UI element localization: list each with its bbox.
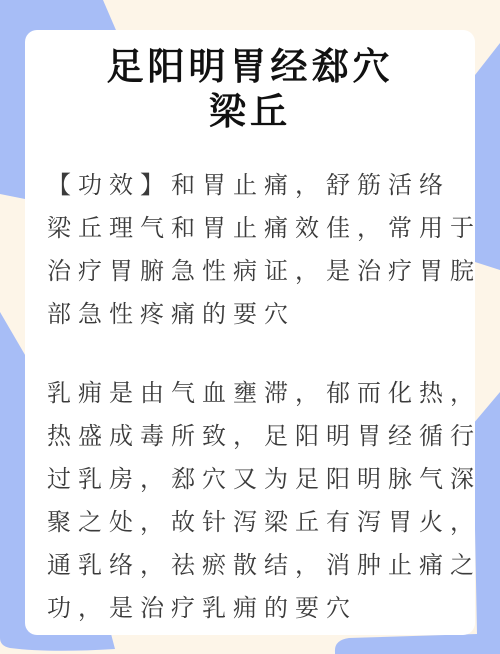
mastitis-line: 功，是治疗乳痈的要穴 [47,587,457,630]
mastitis-paragraph: 乳痈是由气血壅滞，郁而化热， 热盛成毒所致，足阳明胃经循行 过乳房，郄穴又为足阳… [47,372,457,630]
title-line-1: 足阳明胃经郄穴 [25,44,475,89]
mastitis-line: 聚之处，故针泻梁丘有泻胃火， [47,501,457,544]
efficacy-paragraph: 【功效】和胃止痛，舒筋活络 梁丘理气和胃止痛效佳，常用于 治疗胃腑急性病证，是治… [47,164,457,336]
efficacy-line: 部急性疼痛的要穴 [47,293,457,336]
mastitis-line: 通乳络，祛瘀散结，消肿止痛之 [47,544,457,587]
efficacy-line: 梁丘理气和胃止痛效佳，常用于 [47,207,457,250]
efficacy-line: 【功效】和胃止痛，舒筋活络 [47,164,457,207]
mastitis-line: 热盛成毒所致，足阳明胃经循行 [47,415,457,458]
mastitis-line: 乳痈是由气血壅滞，郁而化热， [47,372,457,415]
efficacy-line: 治疗胃腑急性病证，是治疗胃脘 [47,250,457,293]
content-card: 足阳明胃经郄穴 梁丘 【功效】和胃止痛，舒筋活络 梁丘理气和胃止痛效佳，常用于 … [25,30,475,635]
title-line-2: 梁丘 [25,89,475,134]
mastitis-line: 过乳房，郄穴又为足阳明脉气深 [47,458,457,501]
card-title: 足阳明胃经郄穴 梁丘 [25,44,475,134]
